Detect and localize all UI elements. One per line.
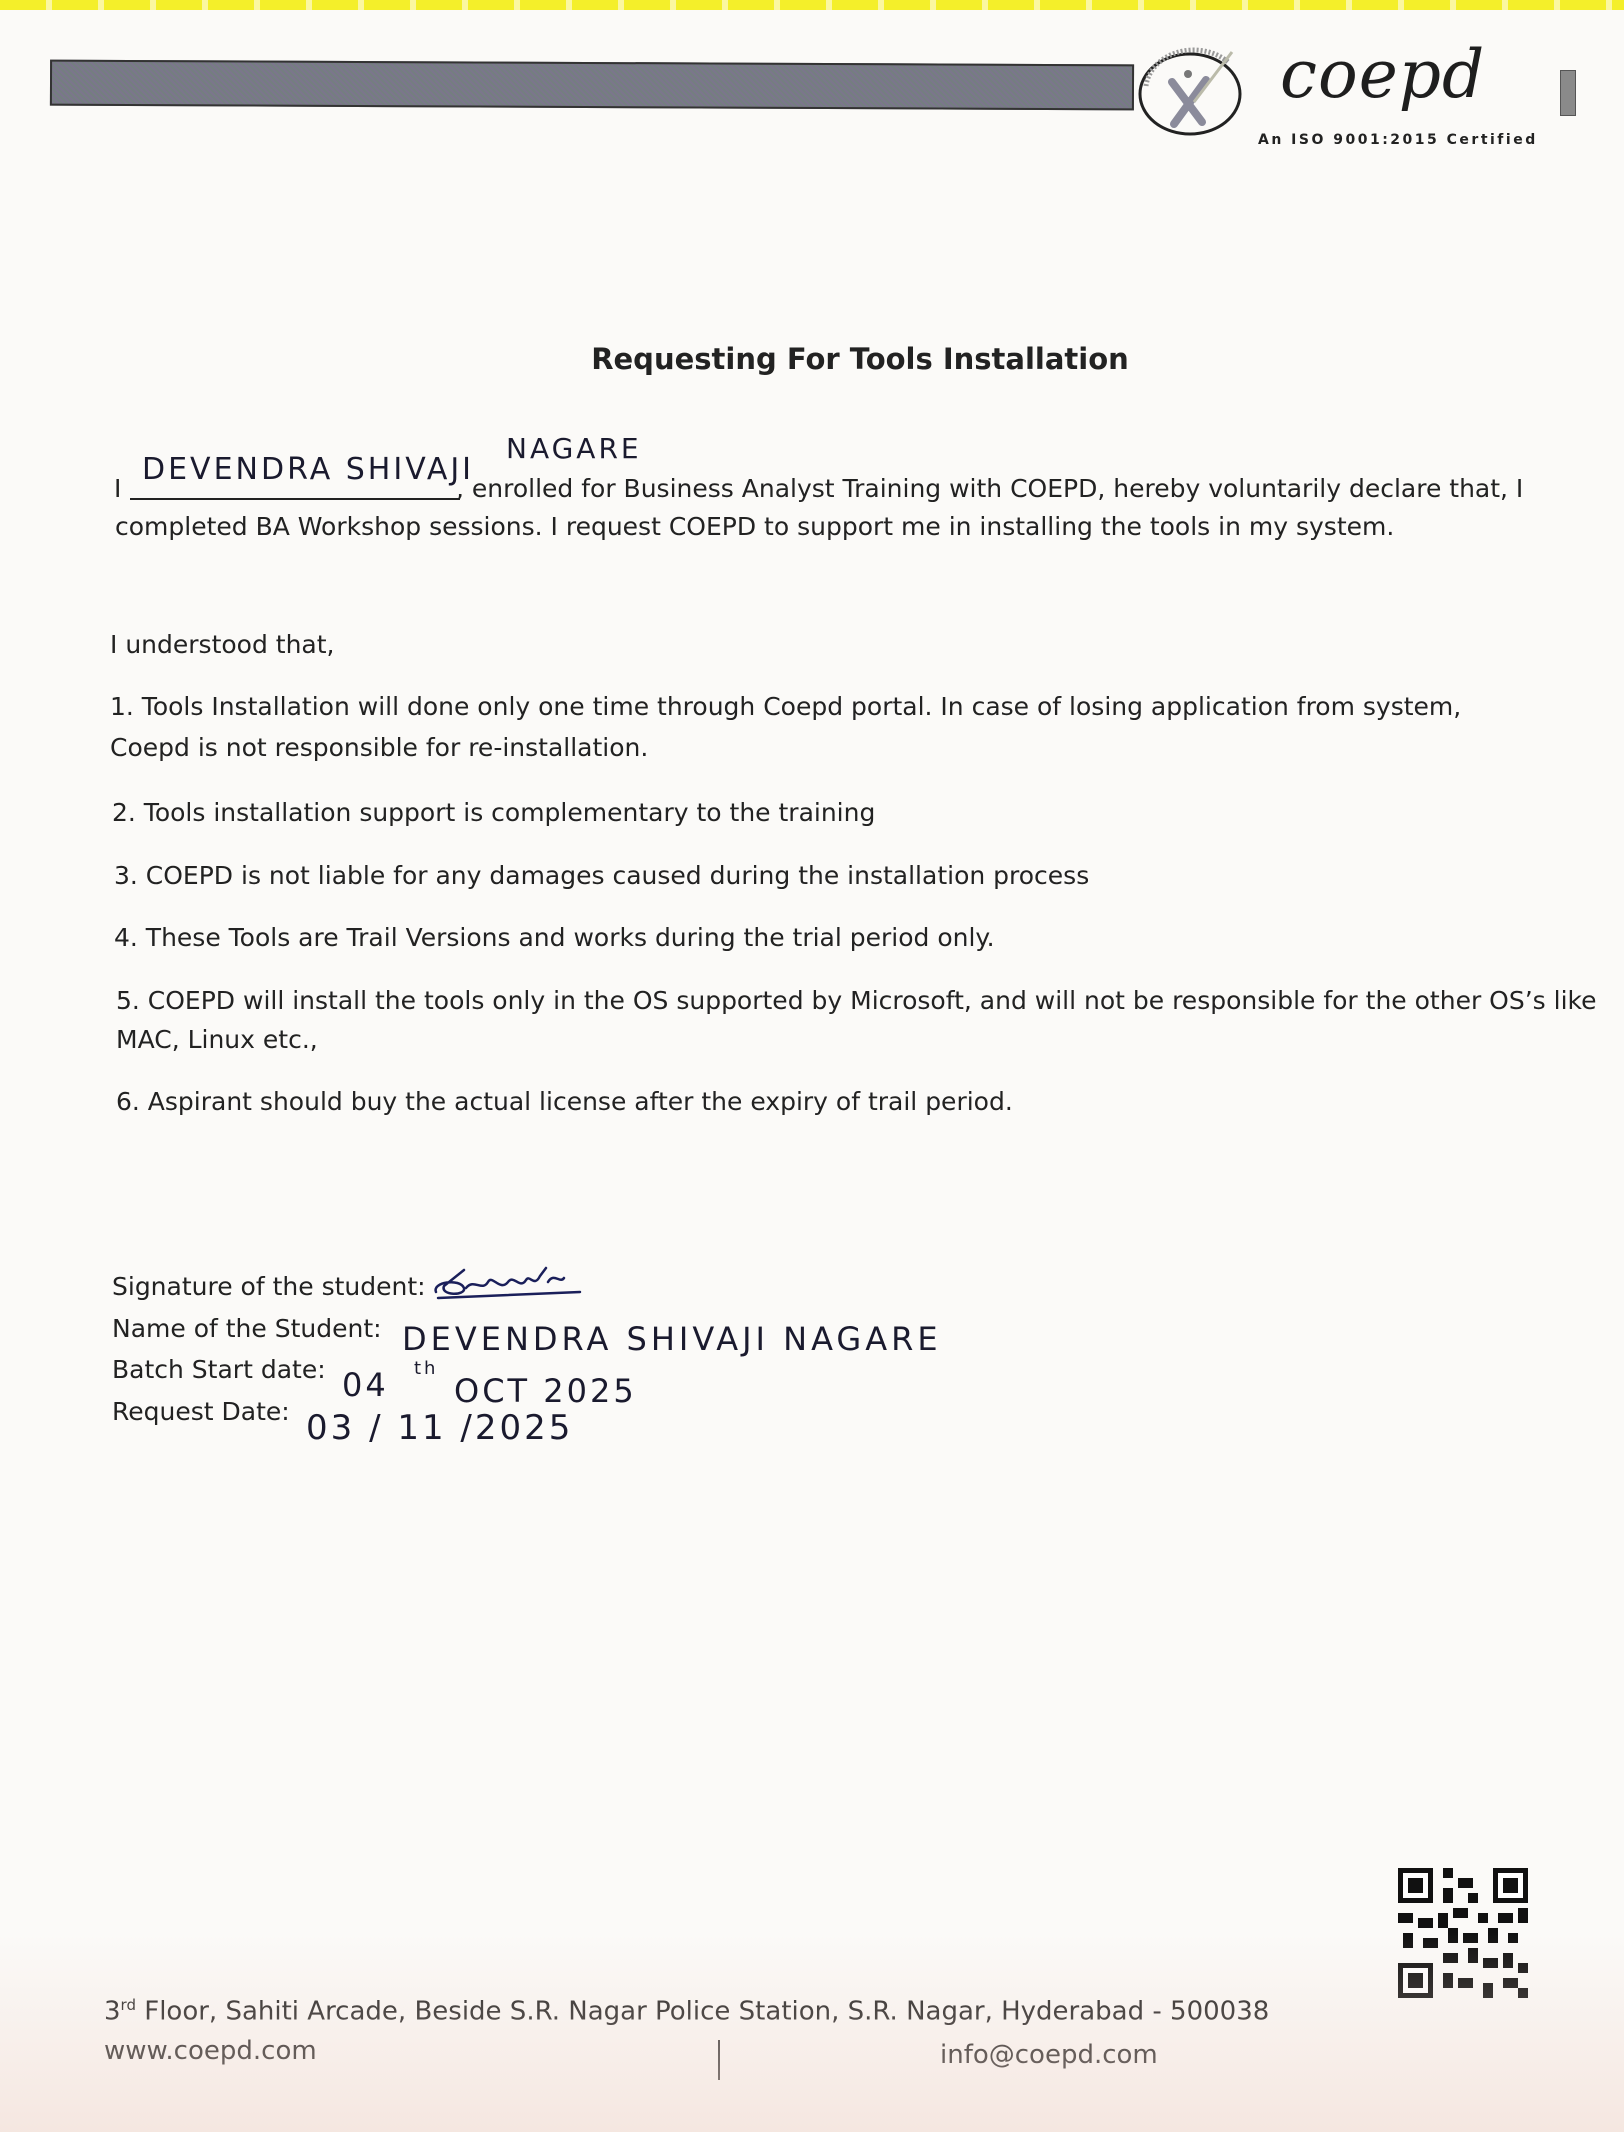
letterhead-bar bbox=[50, 60, 1134, 111]
footer-address: 3rd Floor, Sahiti Arcade, Beside S.R. Na… bbox=[104, 1996, 1269, 2027]
term-4: 4. These Tools are Trail Versions and wo… bbox=[114, 923, 995, 952]
address-rest: Floor, Sahiti Arcade, Beside S.R. Nagar … bbox=[136, 1997, 1269, 2027]
name-blank-line bbox=[130, 498, 460, 500]
term-5-line2: MAC, Linux etc., bbox=[116, 1025, 318, 1054]
address-floor-suffix: rd bbox=[121, 1996, 136, 2014]
intro-line2: completed BA Workshop sessions. I reques… bbox=[115, 512, 1394, 541]
batch-start-day: 04 bbox=[342, 1366, 389, 1404]
signature-label: Signature of the student: bbox=[112, 1272, 426, 1301]
intro-prefix: I bbox=[114, 474, 121, 503]
term-3: 3. COEPD is not liable for any damages c… bbox=[114, 861, 1089, 890]
intro-line1: , enrolled for Business Analyst Training… bbox=[456, 474, 1523, 503]
understood-label: I understood that, bbox=[110, 630, 335, 659]
footer-website-link[interactable]: www.coepd.com bbox=[104, 2036, 317, 2066]
qr-code-icon bbox=[1398, 1868, 1528, 1998]
letterhead-end-block bbox=[1560, 70, 1576, 116]
coepd-emblem-icon bbox=[1132, 44, 1248, 140]
name-label: Name of the Student: bbox=[112, 1314, 382, 1343]
batch-start-label: Batch Start date: bbox=[112, 1355, 326, 1384]
term-1-line1: 1. Tools Installation will done only one… bbox=[110, 692, 1461, 721]
handwritten-name-part1: DEVENDRA SHIVAJI bbox=[142, 452, 474, 487]
document-title: Requesting For Tools Installation bbox=[0, 342, 1624, 376]
top-border-stripe bbox=[0, 0, 1624, 10]
batch-start-rest: OCT 2025 bbox=[454, 1372, 637, 1410]
name-value: DEVENDRA SHIVAJI NAGARE bbox=[402, 1320, 942, 1358]
request-date-value: 03 / 11 /2025 bbox=[306, 1408, 573, 1448]
term-1-line2: Coepd is not responsible for re-installa… bbox=[110, 733, 648, 762]
footer-email-link[interactable]: info@coepd.com bbox=[940, 2040, 1158, 2070]
address-floor: 3 bbox=[104, 1997, 121, 2027]
footer-divider bbox=[718, 2040, 720, 2080]
batch-start-suffix: th bbox=[414, 1358, 438, 1379]
handwritten-name-part2: NAGARE bbox=[506, 432, 642, 465]
paper-tint bbox=[0, 1932, 1624, 2132]
brand-wordmark: coepd bbox=[1280, 42, 1485, 108]
term-5-line1: 5. COEPD will install the tools only in … bbox=[116, 986, 1597, 1015]
signature-scribble bbox=[430, 1262, 590, 1302]
iso-tagline: An ISO 9001:2015 Certified bbox=[1258, 132, 1538, 148]
request-date-label: Request Date: bbox=[112, 1397, 290, 1426]
term-2: 2. Tools installation support is complem… bbox=[112, 798, 875, 827]
term-6: 6. Aspirant should buy the actual licens… bbox=[116, 1087, 1013, 1116]
